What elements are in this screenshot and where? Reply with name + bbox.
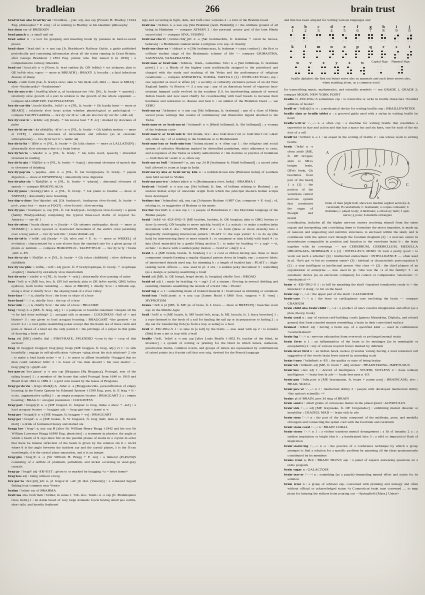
braille-dot bbox=[307, 35, 308, 36]
dictionary-entry: brah·ma·char·ya \-ˈchäryə\ n -s [Skt bra… bbox=[142, 47, 278, 61]
entry-headword: brah·ma bbox=[142, 23, 155, 27]
entry-headword: brain·cap bbox=[284, 292, 299, 296]
braille-dot bbox=[332, 50, 334, 52]
braille-dot bbox=[346, 41, 347, 42]
braille-letter: k bbox=[286, 45, 299, 50]
braille-dot bbox=[407, 57, 409, 59]
braille-dot bbox=[401, 66, 403, 68]
entry-headword: brad·le·ian also brad·ley·an bbox=[8, 18, 51, 22]
dictionary-entry: brah·man·ic or brah·min·ic \bräˈmanik, b… bbox=[142, 132, 278, 142]
braille-dot bbox=[342, 50, 344, 52]
dictionary-entry: brain·storm \ˈ-ˌ-\ n 1 : a violent trans… bbox=[284, 430, 418, 444]
entry-headword: brag bbox=[8, 346, 15, 350]
entry-headword: bra·dy·car·dia bbox=[8, 104, 30, 108]
entry-headword: brah·ma·poo·tra bbox=[142, 180, 168, 184]
braille-dot bbox=[320, 41, 321, 42]
braille-row: uvxyzwCapital SignNumeral Sign bbox=[284, 61, 418, 76]
entry-headword: brain·pow·er bbox=[284, 387, 304, 391]
braille-dot bbox=[347, 72, 349, 74]
entry-headword: brag·ga·do·cio bbox=[8, 384, 30, 388]
braille-dot bbox=[398, 72, 400, 74]
braille-dot-cell bbox=[368, 50, 374, 59]
figure-label: A bbox=[326, 151, 329, 155]
braille-cell: y bbox=[330, 61, 343, 75]
braille-dot bbox=[343, 41, 344, 42]
braille-alphabet-table: a1b2c3d4e5f6g7h8i9j0klmnopqrstuvxyzwCapi… bbox=[284, 24, 418, 75]
entry-headword: bra·goz·zo bbox=[8, 479, 24, 483]
dictionary-entry: bra·dy·tel·ic \-ˈtelik\ adj [brady- + Gk… bbox=[8, 237, 136, 256]
braille-dot bbox=[381, 50, 383, 52]
braille-dot bbox=[342, 34, 344, 36]
braille-dot bbox=[317, 41, 318, 42]
braille-dot-cell bbox=[334, 66, 340, 75]
dictionary-entry: bra·hui \brəˈhüē\ n -s usu cap 1 : a peo… bbox=[142, 208, 278, 218]
dictionary-entry: brail vt -ED/-ING/-S 1 : to take in (a s… bbox=[142, 327, 278, 337]
dictionary-entry: brain·stem \ˈ-ˌ-\ n : the part of the br… bbox=[284, 415, 418, 425]
braille-dot bbox=[316, 50, 318, 52]
braille-letter: t bbox=[403, 45, 416, 50]
braille-cell: g7 bbox=[364, 24, 377, 42]
braille-letter: p bbox=[351, 45, 364, 50]
entry-headword: brad·sot bbox=[8, 66, 21, 70]
braille-letter: w bbox=[356, 61, 369, 66]
dictionary-entry: braille \ˈbrāl, ˈbrāəl\ n -s usu cap [af… bbox=[142, 336, 278, 355]
braille-dot-cell bbox=[347, 66, 353, 75]
dictionary-entry: brady- comb form [Gk, fr. bradys slow; a… bbox=[8, 80, 136, 90]
braille-dot bbox=[398, 54, 399, 55]
braille-cell: c3 bbox=[312, 24, 325, 42]
entry-headword: brain trust bbox=[284, 482, 301, 486]
braille-cell: b2 bbox=[299, 24, 312, 42]
entry-headword: brail bbox=[142, 313, 149, 317]
braille-dot bbox=[410, 38, 412, 40]
braille-letter: z bbox=[343, 61, 356, 66]
braille-dot-cell bbox=[355, 50, 361, 59]
braille-dot bbox=[335, 70, 336, 71]
entry-headword: bra·dy·pep·sia bbox=[8, 170, 30, 174]
braille-dot bbox=[371, 53, 373, 55]
braille-dot bbox=[291, 38, 292, 39]
braille-dot bbox=[316, 56, 318, 58]
braille-row: a1b2c3d4e5f6g7h8i9j0 bbox=[284, 24, 418, 43]
braille-dot bbox=[307, 38, 308, 39]
entry-headword: braid·ed bbox=[142, 279, 155, 283]
entry-headword: brain·fag bbox=[284, 335, 298, 339]
brain-illustration: A B C a b c d e f g h bbox=[318, 147, 417, 201]
braille-dot bbox=[317, 38, 318, 39]
braille-dot bbox=[368, 53, 370, 55]
braille-dot bbox=[321, 72, 323, 74]
dictionary-entry: braid n -s [ME braide, breide, fr. braid… bbox=[142, 251, 278, 275]
entry-headword: braill·er bbox=[284, 107, 297, 111]
braille-dot bbox=[343, 38, 344, 39]
braille-cell: s bbox=[390, 45, 403, 60]
braille-dot-cell bbox=[368, 34, 374, 43]
dictionary-entry: brain·teas·er \ˈ-ˌ--\ n : something (as … bbox=[284, 472, 418, 482]
entry-headword: brah·ma·ny kite or brah·mi·ny kite bbox=[142, 170, 198, 174]
entry-headword: bra·dy·ki·ne·sia bbox=[8, 127, 32, 131]
braille-dot bbox=[334, 66, 336, 68]
braille-numeral: 2 bbox=[299, 29, 312, 33]
text-column-1: brad·le·ian also brad·ley·an \ˈbradlēən,… bbox=[8, 18, 136, 592]
braille-dot bbox=[350, 72, 352, 74]
braille-numeral: 9 bbox=[390, 29, 403, 33]
braille-dot-cell bbox=[398, 65, 404, 74]
dictionary-entry: braill·ist \ˈbrālə̇st\ n -s 1 : an exper… bbox=[284, 135, 418, 145]
entry-headword: brah·mi bbox=[142, 184, 154, 188]
braille-dot bbox=[330, 38, 331, 39]
entry-headword: brain sugar bbox=[284, 468, 302, 472]
braille-dot bbox=[317, 54, 318, 55]
dictionary-entry: bragg law \ˈbrag-\ n, usu cap B [after S… bbox=[8, 427, 136, 456]
dictionary-entry: bra·dy·lex·ia \-ˈleksēə\ n -s [NL, fr. b… bbox=[8, 151, 136, 161]
dictionary-entry: brag \ˈbrag\ n -s [ME, fr. brag, adj.] 1… bbox=[8, 308, 136, 337]
dictionary-entry: bra·dy·seism \ˈbradəˌsīzəm\ n -s [brady-… bbox=[8, 222, 136, 236]
braille-dot bbox=[295, 72, 297, 74]
entry-headword: brain bbox=[284, 282, 292, 286]
braille-dot bbox=[401, 69, 403, 71]
entry-headword: brag·get bbox=[8, 417, 21, 421]
entry-headword: brain·teas·er bbox=[284, 472, 304, 476]
braille-dot-cell bbox=[329, 34, 335, 43]
braille-dot bbox=[385, 51, 386, 52]
braille-dot bbox=[394, 57, 396, 59]
dictionary-entry: bra·dyp·o·dous \brəˈdipədəs\ adj [Gk bra… bbox=[8, 199, 136, 209]
dictionary-entry: brain·case \ˈ-ˌ-\ n : the bone or cartil… bbox=[284, 297, 418, 307]
braille-dot bbox=[368, 37, 370, 39]
braille-cell: h8 bbox=[377, 24, 390, 42]
braille-dot bbox=[359, 57, 360, 58]
braille-dot bbox=[342, 56, 344, 58]
entry-headword: brains bbox=[284, 396, 294, 400]
entry-headword: braid bbox=[142, 251, 150, 255]
entry-headword: brain·case bbox=[284, 297, 300, 301]
braille-dot bbox=[394, 54, 396, 56]
braille-cell: j0 bbox=[403, 24, 416, 43]
entry-headword: bra·hui bbox=[142, 208, 153, 212]
dictionary-entry: brah·ma·ny kite or brah·mi·ny kite n : a… bbox=[142, 170, 278, 180]
braille-dot-cell bbox=[381, 34, 387, 43]
braille-dot bbox=[337, 66, 339, 68]
braille-dot-cell bbox=[360, 66, 366, 75]
dictionary-entry: brain·less \-ləs\ adj 1 : devoid of inte… bbox=[284, 368, 418, 378]
braille-numeral: 3 bbox=[312, 29, 325, 33]
entry-headword: bra·dy·tel·ic bbox=[8, 237, 27, 241]
braille-cell: r bbox=[377, 45, 390, 59]
dictionary-entry: brain child also brain·child \ˈ-ˌ-\ n : … bbox=[284, 306, 418, 316]
braille-cell: Numeral Sign bbox=[390, 61, 411, 75]
entry-headword: brain·storm bbox=[284, 430, 302, 434]
entry-headword: brail bbox=[142, 327, 149, 331]
braille-dot bbox=[343, 54, 344, 55]
braille-dot bbox=[361, 73, 362, 74]
dictionary-entry: bra·dy·tro·phic \-ˈträfik, -ˈtrōf-\ adj … bbox=[8, 265, 136, 275]
entry-headword: braille·writ·er bbox=[284, 121, 306, 125]
braille-dot bbox=[345, 53, 347, 55]
entry-headword: brah·ma·char·ya bbox=[142, 47, 168, 51]
braille-dot bbox=[324, 72, 326, 74]
guide-word-right: brain trust bbox=[351, 5, 395, 15]
braille-dot bbox=[312, 70, 313, 71]
entry-headword: brae·side bbox=[8, 303, 22, 307]
braille-dot bbox=[308, 66, 310, 68]
dictionary-entry: braille vt -ED/-ING/-S sometimes cap : t… bbox=[284, 97, 418, 107]
braille-dot bbox=[398, 57, 399, 58]
entry-headword: brae·face bbox=[8, 294, 22, 298]
braille-dot bbox=[380, 72, 382, 74]
entry-headword: brah·ma bbox=[8, 493, 21, 497]
braille-dot-cell bbox=[394, 34, 400, 43]
braille-dot bbox=[372, 41, 373, 42]
braille-dot bbox=[385, 41, 386, 42]
dictionary-entry: brah·ma·na \ˈbrämənə\ n -s usu cap [Skt … bbox=[142, 108, 278, 122]
entry-headword: brah·man·ee or brah·ma·ni bbox=[142, 123, 185, 127]
braille-dot bbox=[299, 67, 300, 68]
entry-headword: brady- bbox=[8, 80, 18, 84]
braille-dot bbox=[399, 69, 400, 70]
entry-headword: brah·man·ism or brah·min·ism bbox=[142, 142, 191, 146]
dictionary-entry: bra·dy·crot·ic \-ˈkrätik\ adj [brady- + … bbox=[8, 118, 136, 128]
braille-dot bbox=[372, 57, 373, 58]
braille-entry-runover: and that has been adapted for writing va… bbox=[284, 18, 418, 23]
entry-headword: braies bbox=[142, 303, 151, 307]
dictionary-entry: bra·gan·za \brəˈganzə\ n -s usu cap [Bra… bbox=[8, 370, 136, 384]
dictionary-entry: bra·dy·pnea \ˌbradə(p)ˈnēə\ n -s [NL, fr… bbox=[8, 189, 136, 199]
braille-dot bbox=[398, 41, 399, 42]
braille-dot bbox=[316, 34, 318, 36]
braille-dot bbox=[398, 38, 399, 39]
braille-letter: Numeral Sign bbox=[390, 61, 411, 64]
dictionary-page: bradleian 266 brain trust brad·le·ian al… bbox=[0, 0, 425, 595]
figure-label: g bbox=[370, 190, 372, 194]
braille-letter: y bbox=[330, 61, 343, 66]
dictionary-entry: brah·ma·cha·ri \ˌbräməˈchä(ˌ)rē\ n -s [S… bbox=[142, 37, 278, 47]
braille-dot bbox=[407, 38, 409, 40]
braille-dot bbox=[384, 37, 386, 39]
entry-headword: bra·gan·za bbox=[8, 370, 25, 374]
dictionary-entry: braid \ˈbrād\ vb -ED/-ING/-S [ME braiden… bbox=[142, 218, 278, 251]
braille-dot bbox=[337, 69, 339, 71]
entry-headword: brain sand bbox=[284, 401, 300, 405]
dictionary-entry: brain vt -ED/-ING/-S 1 : to kill by smas… bbox=[284, 282, 418, 292]
text-column-2: legs and occurring in light, dark, and b… bbox=[142, 18, 278, 592]
braille-table-caption: braille alphabet: the first ten letters … bbox=[291, 77, 411, 85]
entry-headword: brahms·ian bbox=[142, 199, 160, 203]
braille-dot bbox=[312, 67, 313, 68]
braille-dot bbox=[303, 37, 305, 39]
braille-dot-cell bbox=[355, 34, 361, 43]
braille-dot bbox=[332, 34, 334, 36]
braille-cell: Capital Sign bbox=[369, 61, 390, 75]
dictionary-entry: brad setter n : a tool for grasping and … bbox=[8, 37, 136, 47]
dictionary-entry: brain fever n 1 : an inflammation of the… bbox=[284, 339, 418, 349]
dictionary-entry: bra·dy·ki·ne·sia \-kəˈnēzh(ē)ə, -kīˈn-\ … bbox=[8, 127, 136, 141]
braille-dot bbox=[381, 66, 382, 67]
braille-dot bbox=[332, 37, 334, 39]
braille-letter: o bbox=[338, 45, 351, 50]
dictionary-entry: bra·dy·pep·sia \-ˈpepshə, -sēə\ n -s [NL… bbox=[8, 170, 136, 180]
braille-dot bbox=[384, 53, 386, 55]
dictionary-entry: brag·ga·do·cio \ˌbragəˈdōsh(ē)ˌō, -ōshə\… bbox=[8, 384, 136, 403]
braille-dot bbox=[371, 37, 373, 39]
entry-headword: brain child also brain·child bbox=[284, 306, 326, 310]
figure-label: b bbox=[365, 173, 367, 177]
dictionary-entry: brail \ˈbrāl\ n -s [ME brayle, fr. MF br… bbox=[142, 313, 278, 327]
braille-dot-cell bbox=[407, 34, 413, 43]
entry-headword: bra·dy·to·cia bbox=[8, 256, 28, 260]
braille-dot bbox=[324, 66, 326, 68]
entry-headword: braid bbox=[142, 218, 150, 222]
braille-dot bbox=[378, 66, 379, 67]
braille-letter: s bbox=[390, 45, 403, 50]
dictionary-entry: braid·ism \ˈbrādˌizəm\ n -s usu cap [Jam… bbox=[142, 294, 278, 304]
braille-dot bbox=[355, 53, 357, 55]
braille-dot bbox=[308, 69, 310, 71]
braille-dot bbox=[395, 51, 396, 52]
braille-letter: n bbox=[325, 45, 338, 50]
entry-headword: bra·dy·pus bbox=[8, 208, 25, 212]
braille-letter: u bbox=[291, 61, 304, 66]
braille-numeral: 7 bbox=[364, 29, 377, 33]
dictionary-entry: bra·dy·to·cia \-ˈtōs(ē)ə\ n -s [NL, fr. … bbox=[8, 256, 136, 266]
braille-dot bbox=[290, 34, 292, 36]
braille-dot bbox=[359, 41, 360, 42]
braille-cell: l bbox=[299, 45, 312, 59]
braille-dot bbox=[330, 54, 331, 55]
dictionary-entry: brain·pow·er \ˈ-ˌ--\ n 1 : intellectual … bbox=[284, 387, 418, 397]
braille-dot bbox=[333, 57, 334, 58]
braille-dot bbox=[381, 37, 383, 39]
braille-dot-cell bbox=[290, 50, 296, 59]
entry-headword: brain·storm·ing bbox=[284, 444, 308, 448]
braille-dot bbox=[381, 56, 383, 58]
braille-dot-cell bbox=[303, 50, 309, 59]
entry-headword: brain·ish bbox=[284, 363, 298, 367]
braille-dot bbox=[395, 41, 396, 42]
braille-dot bbox=[381, 53, 383, 55]
entry-headword: brah·man·ic or brah·min·ic bbox=[142, 132, 185, 136]
braille-dot bbox=[411, 41, 412, 42]
braille-dot bbox=[355, 50, 357, 52]
dictionary-entry: brain-fever bird n : an Indian hawk cuck… bbox=[284, 349, 418, 359]
braille-dot bbox=[395, 35, 396, 36]
entry-headword: brain·i·ness bbox=[284, 358, 302, 362]
braille-dot bbox=[329, 56, 331, 58]
entry-headword: brad punch bbox=[8, 32, 26, 36]
entry-headword: brain coral bbox=[284, 316, 301, 320]
dictionary-entry: bra·dy·aux·e·sis \ˌbradēȯgˈzēsə̇s\ n, pl… bbox=[8, 89, 136, 103]
braille-dot bbox=[322, 70, 323, 71]
braille-cell: x bbox=[317, 61, 330, 75]
braille-dot-cell bbox=[295, 66, 301, 75]
braille-dot-cell bbox=[377, 65, 383, 74]
braille-dot bbox=[325, 70, 326, 71]
entry-headword: brah·man or brah·min bbox=[142, 61, 177, 65]
dictionary-entry: brain·storm·ing \ˈ-ˌ--\ n -s : the pract… bbox=[284, 444, 418, 458]
braille-dot bbox=[351, 67, 352, 68]
entry-headword: brah·ma·ny bull bbox=[142, 161, 167, 165]
dictionary-entry: brah·man·ee or brah·ma·ni \ˈbrämənē\ n -… bbox=[142, 123, 278, 133]
braille-dot bbox=[290, 56, 292, 58]
dictionary-entry: brain·pan \ˈbrānˌpan\ n [ME braynpanne, … bbox=[284, 377, 418, 387]
braille-dot bbox=[381, 34, 383, 36]
braille-dot bbox=[296, 70, 297, 71]
braille-cell: o bbox=[338, 45, 351, 59]
braille-dot bbox=[307, 41, 308, 42]
dictionary-entry: bra·goz·zo \brəˈgōt(ˌ)sō\ n, pl bragoz·z… bbox=[8, 479, 136, 489]
braille-cell: p bbox=[351, 45, 364, 59]
braille-dot bbox=[320, 57, 321, 58]
dictionary-entry: brain trust n : a group of advisers esp.… bbox=[284, 482, 418, 496]
braille-dot bbox=[399, 66, 400, 67]
entry-headword: brag·gite bbox=[8, 455, 22, 459]
braille-dot bbox=[378, 69, 379, 70]
braille-dot bbox=[307, 54, 308, 55]
dictionary-entry: brag vb bragged; bragged; brag·ging; bra… bbox=[8, 346, 136, 370]
dictionary-entry: brah·man or brah·min \ˈbrämən, ˈbram-, s… bbox=[142, 61, 278, 109]
dictionary-entry: bra·dy·lo·gia \-ˈlōj(ē)ə\ n -s [NL, fr. … bbox=[8, 161, 136, 171]
braille-dot bbox=[368, 56, 370, 58]
braille-numeral: 8 bbox=[377, 29, 390, 33]
braille-dot bbox=[355, 37, 357, 39]
braille-dot bbox=[291, 54, 292, 55]
braille-dot bbox=[385, 57, 386, 58]
dictionary-entry: brah·mi \ˈbrämē\ n -s usu cap [Skt brāhm… bbox=[142, 184, 278, 198]
braille-dot bbox=[304, 41, 305, 42]
braille-dot bbox=[298, 72, 300, 74]
braille-letter: l bbox=[299, 45, 312, 50]
braille-numeral: 1 bbox=[286, 29, 299, 33]
braille-dot bbox=[408, 35, 409, 36]
braille-dot bbox=[307, 51, 308, 52]
braille-dot bbox=[329, 34, 331, 36]
braille-dot bbox=[408, 41, 409, 42]
braille-letter: v bbox=[304, 61, 317, 66]
dictionary-entry: brah·man·ism or brah·min·ism \ˈbräməˌniz… bbox=[142, 142, 278, 161]
dictionary-entry: brah·ma·ny bull \ˈbrämənē-\ n, usu cap 2… bbox=[142, 161, 278, 171]
entry-headword: brain·less bbox=[284, 368, 299, 372]
braille-dot bbox=[360, 70, 362, 72]
braille-dot bbox=[347, 66, 349, 68]
dictionary-entry: brad·shaw \ˈbradˌshȯ\ n -s usu cap [fr. … bbox=[8, 47, 136, 66]
braille-dot bbox=[345, 37, 347, 39]
entry-headword: braid bbox=[142, 275, 150, 279]
braille-dot bbox=[359, 54, 360, 55]
dictionary-entry: bra·dy·pha·sia \-ˈfāzh(ē)ə\ n -s [NL, fr… bbox=[8, 180, 136, 190]
braille-cell: z bbox=[343, 61, 356, 75]
braille-numeral: 4 bbox=[325, 29, 338, 33]
braille-dot bbox=[378, 72, 379, 73]
dictionary-entry: brae \ˈbrā\ n -s [ME bra, bro, fr. ON br… bbox=[8, 279, 136, 293]
dictionary-entry: brahms·ian \ˈbrämzēən\ adj, usu cap [Joh… bbox=[142, 199, 278, 209]
braille-dot bbox=[381, 69, 382, 70]
entry-headword: braille slate or braille tablet bbox=[284, 111, 328, 115]
braille-dot bbox=[411, 57, 412, 58]
braille-dot bbox=[319, 50, 321, 52]
braille-cell: i9 bbox=[390, 24, 403, 43]
braille-dot bbox=[330, 41, 331, 42]
braille-dot bbox=[329, 50, 331, 52]
entry-headword: braid·ism bbox=[142, 294, 157, 298]
braille-dot bbox=[291, 41, 292, 42]
braille-dot bbox=[303, 56, 305, 58]
braille-numeral: 5 bbox=[338, 29, 351, 33]
braille-cell: u bbox=[291, 61, 304, 75]
entry-headword: brah·ma·na bbox=[142, 108, 160, 112]
braille-dot bbox=[346, 57, 347, 58]
braille-dot bbox=[361, 67, 362, 68]
entry-headword: bra·doon bbox=[8, 28, 22, 32]
